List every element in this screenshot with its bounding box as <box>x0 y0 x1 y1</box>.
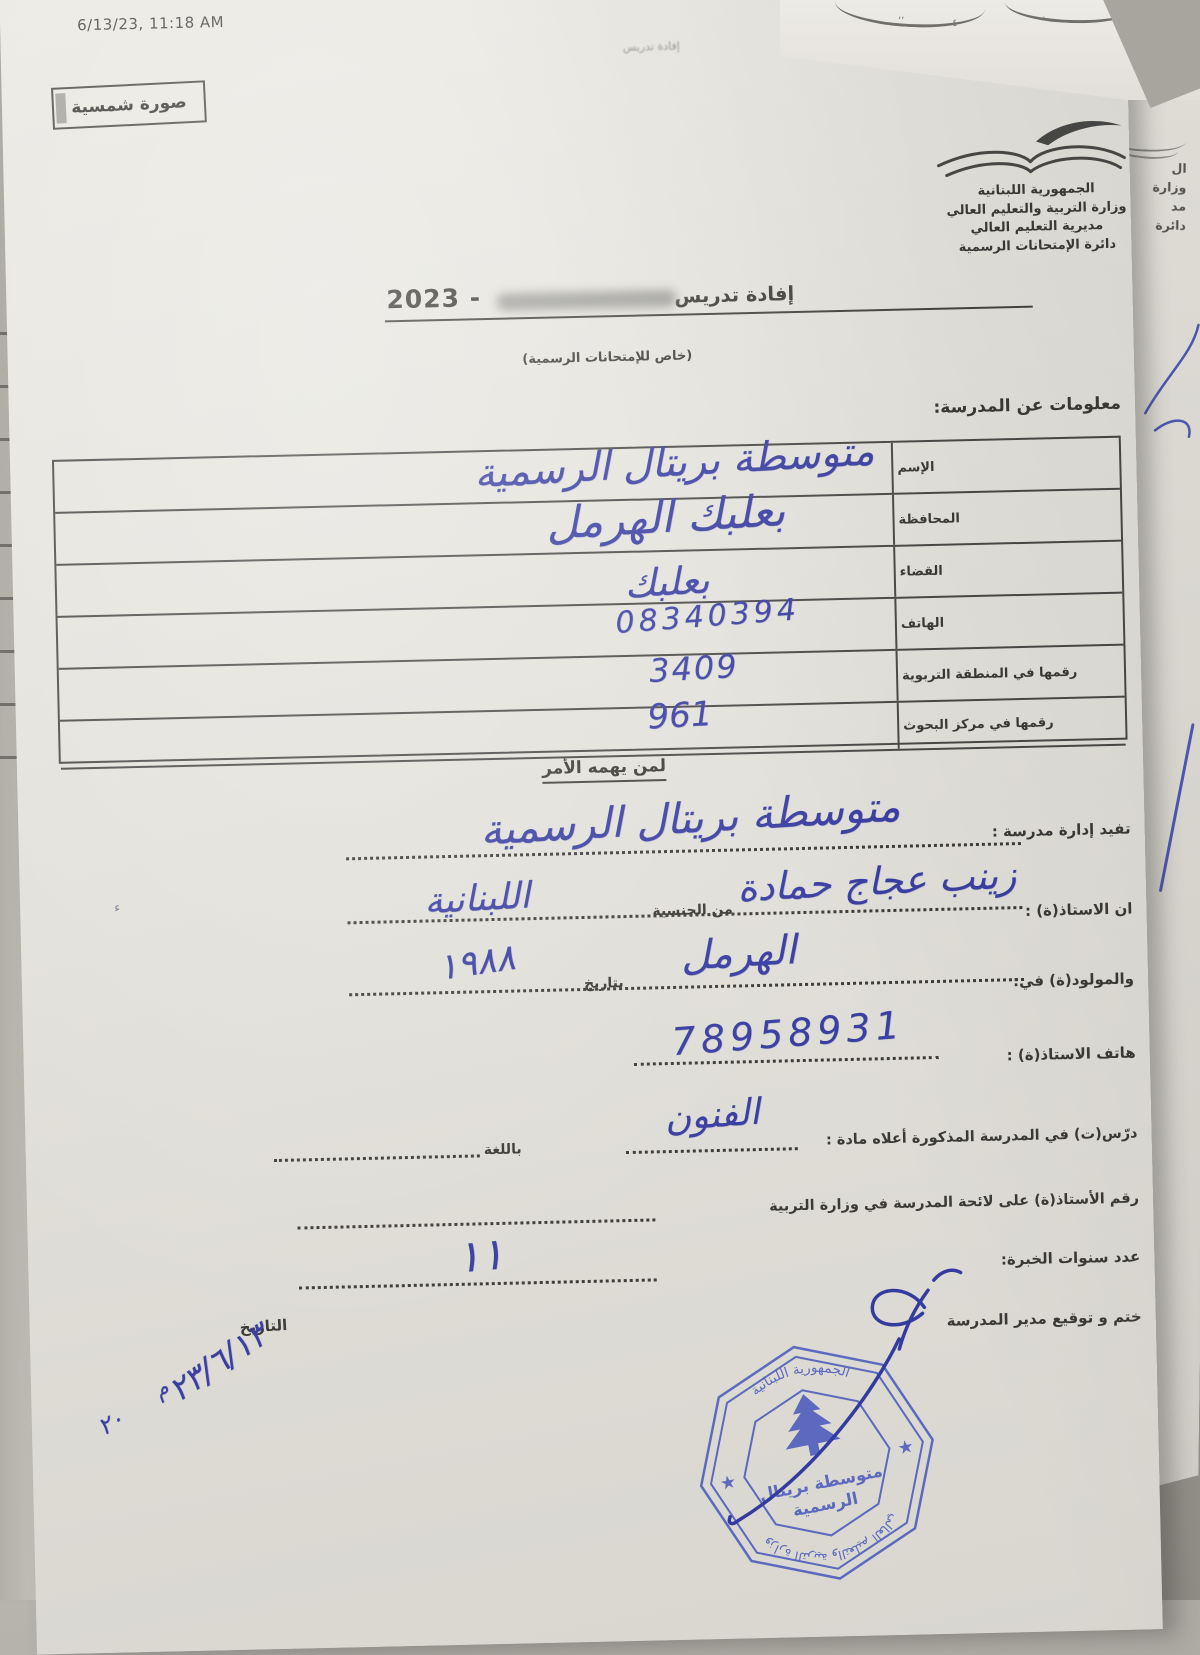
principal-signature <box>665 1259 971 1536</box>
handwritten-experience-years: ١١ <box>428 1226 532 1286</box>
table-cell-label: الهاتف <box>894 594 1123 649</box>
birth-date-label: بتاريخ <box>584 975 624 992</box>
photo-placeholder-box: صورة شمسية <box>51 80 207 129</box>
subject-field-label: درّس(ت) في المدرسة المذكورة أعلاه مادة : <box>826 1125 1138 1148</box>
table-cell-label: رقمها في مركز البحوث <box>897 698 1126 749</box>
to-whom-heading: لمن يهمه الأمر <box>504 755 704 780</box>
open-book-logo-icon <box>929 113 1131 188</box>
handwritten-birth-place: الهرمل <box>652 926 824 982</box>
handwritten-date: ٢٣/٦/١٣م <box>112 1289 312 1442</box>
title-subtitle: (خاص للإمتحانات الرسمية) <box>510 348 705 367</box>
table-cell-label: المحافظة <box>892 490 1121 545</box>
birth-field-label: والمولود(ة) في: <box>1013 969 1134 990</box>
teacher-field-label: ان الاستاذ(ة) : <box>1025 900 1133 920</box>
table-cell-label: القضاء <box>893 542 1122 597</box>
fold-logo-arc <box>834 0 986 31</box>
scan-timestamp: 6/13/23, 11:18 AM <box>77 13 224 34</box>
page-content: 6/13/23, 11:18 AM إفادة تدريس صورة شمسية… <box>0 0 1200 1600</box>
stamp-sign-label: ختم و توقيع مدير المدرسة <box>946 1307 1141 1329</box>
table-cell-label: رقمها في المنطقة التربوية <box>896 646 1125 701</box>
title-year: 2023 - <box>386 283 481 314</box>
school-info-table: الإسم المحافظة القضاء الهاتف رقمها في ال… <box>52 436 1128 764</box>
ministry-line: دائرة الإمتحانات الرسمية <box>937 235 1137 258</box>
language-dotted-line <box>274 1138 480 1162</box>
language-label: باللغة <box>484 1141 522 1158</box>
scanned-form-page: 6/13/23, 11:18 AM إفادة تدريس صورة شمسية… <box>0 0 1163 1600</box>
page-faint-header: إفادة تدريس <box>623 40 680 54</box>
roster-dotted-line <box>297 1202 655 1229</box>
photo-box-label: صورة شمسية <box>71 92 187 118</box>
phone-field-label: هاتف الاستاذ(ة) : <box>1006 1043 1135 1064</box>
fold-tiny-mark: ٤ <box>952 18 957 29</box>
stray-ink-mark: ء <box>114 900 120 915</box>
roster-field-label: رقم الأستاذ(ة) على لائحة المدرسة في وزار… <box>769 1190 1139 1214</box>
school-info-heading: معلومات عن المدرسة: <box>921 394 1121 419</box>
document-title: إفادة تدريس <box>674 282 794 308</box>
fold-tiny-mark: ٬٬ <box>898 16 904 27</box>
fold-tiny-mark: ٬ <box>1042 16 1045 27</box>
experience-field-label: عدد سنوات الخبرة: <box>1001 1247 1141 1268</box>
ministry-header-block: الجمهورية اللبنانية وزارة التربية والتعل… <box>936 179 1138 258</box>
